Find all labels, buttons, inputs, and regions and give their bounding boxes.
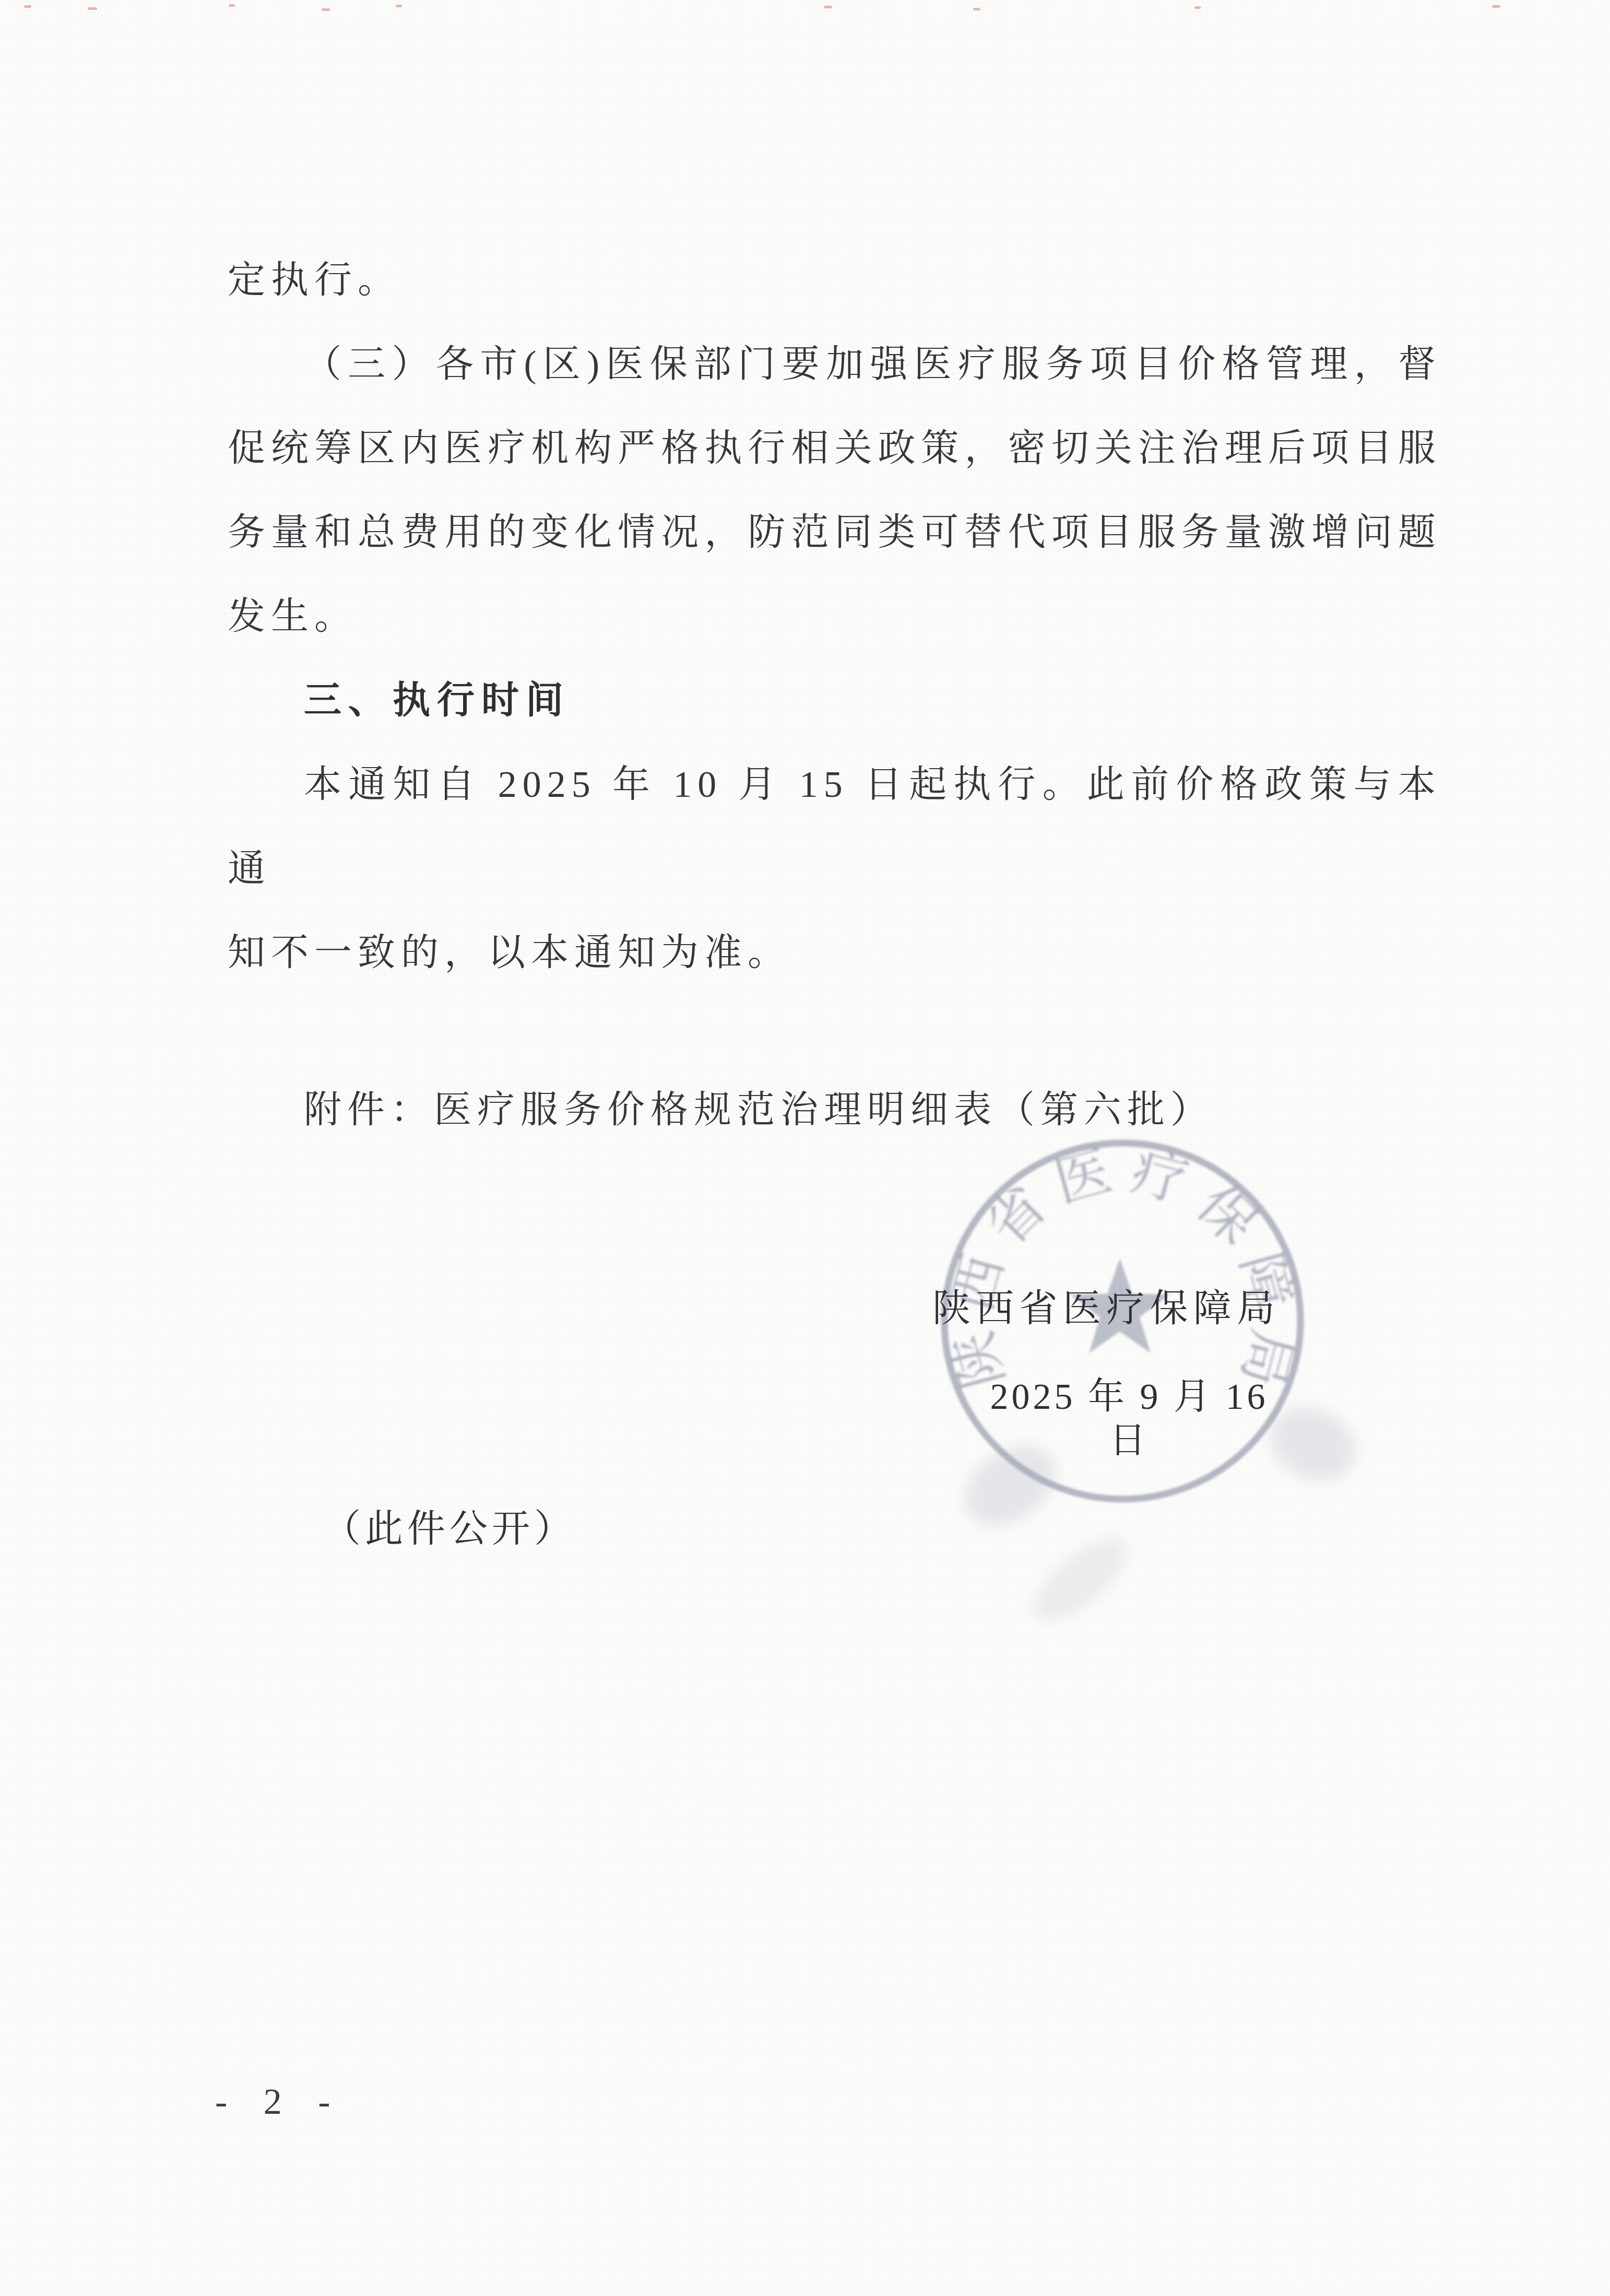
document-body: 定执行。 （三）各市(区)医保部门要加强医疗服务项目价格管理，督 促统筹区内医疗…: [228, 238, 1441, 1152]
public-disclosure-note: （此件公开）: [323, 1498, 576, 1552]
body-line: 知不一致的，以本通知为准。: [228, 911, 1441, 995]
scan-speck: [88, 7, 97, 10]
scan-speck: [1492, 5, 1500, 8]
seal-smudge: [1022, 1525, 1140, 1634]
scan-speck: [322, 8, 330, 11]
document-page: 定执行。 （三）各市(区)医保部门要加强医疗服务项目价格管理，督 促统筹区内医疗…: [0, 0, 1610, 2296]
body-line: 务量和总费用的变化情况，防范同类可替代项目服务量激增问题: [228, 490, 1441, 574]
scan-speck: [396, 5, 402, 7]
body-line: 本通知自 2025 年 10 月 15 日起执行。此前价格政策与本通: [228, 743, 1441, 911]
body-line: （三）各市(区)医保部门要加强医疗服务项目价格管理，督: [228, 322, 1441, 406]
scan-speck: [1194, 6, 1201, 9]
page-number: - 2 -: [215, 2081, 344, 2123]
body-line: 促统筹区内医疗机构严格执行相关政策，密切关注治理后项目服: [228, 406, 1441, 490]
scan-speck: [24, 5, 31, 8]
scan-speck: [229, 4, 235, 7]
body-line: 定执行。: [228, 238, 1441, 322]
scan-speck: [824, 6, 832, 8]
body-line: 发生。: [228, 574, 1441, 658]
section-heading: 三、执行时间: [228, 658, 1441, 743]
signature-agency: 陕西省医疗保障局: [932, 1286, 1275, 1332]
signature-date: 2025 年 9 月 16 日: [980, 1375, 1278, 1463]
scan-speck: [973, 8, 980, 10]
